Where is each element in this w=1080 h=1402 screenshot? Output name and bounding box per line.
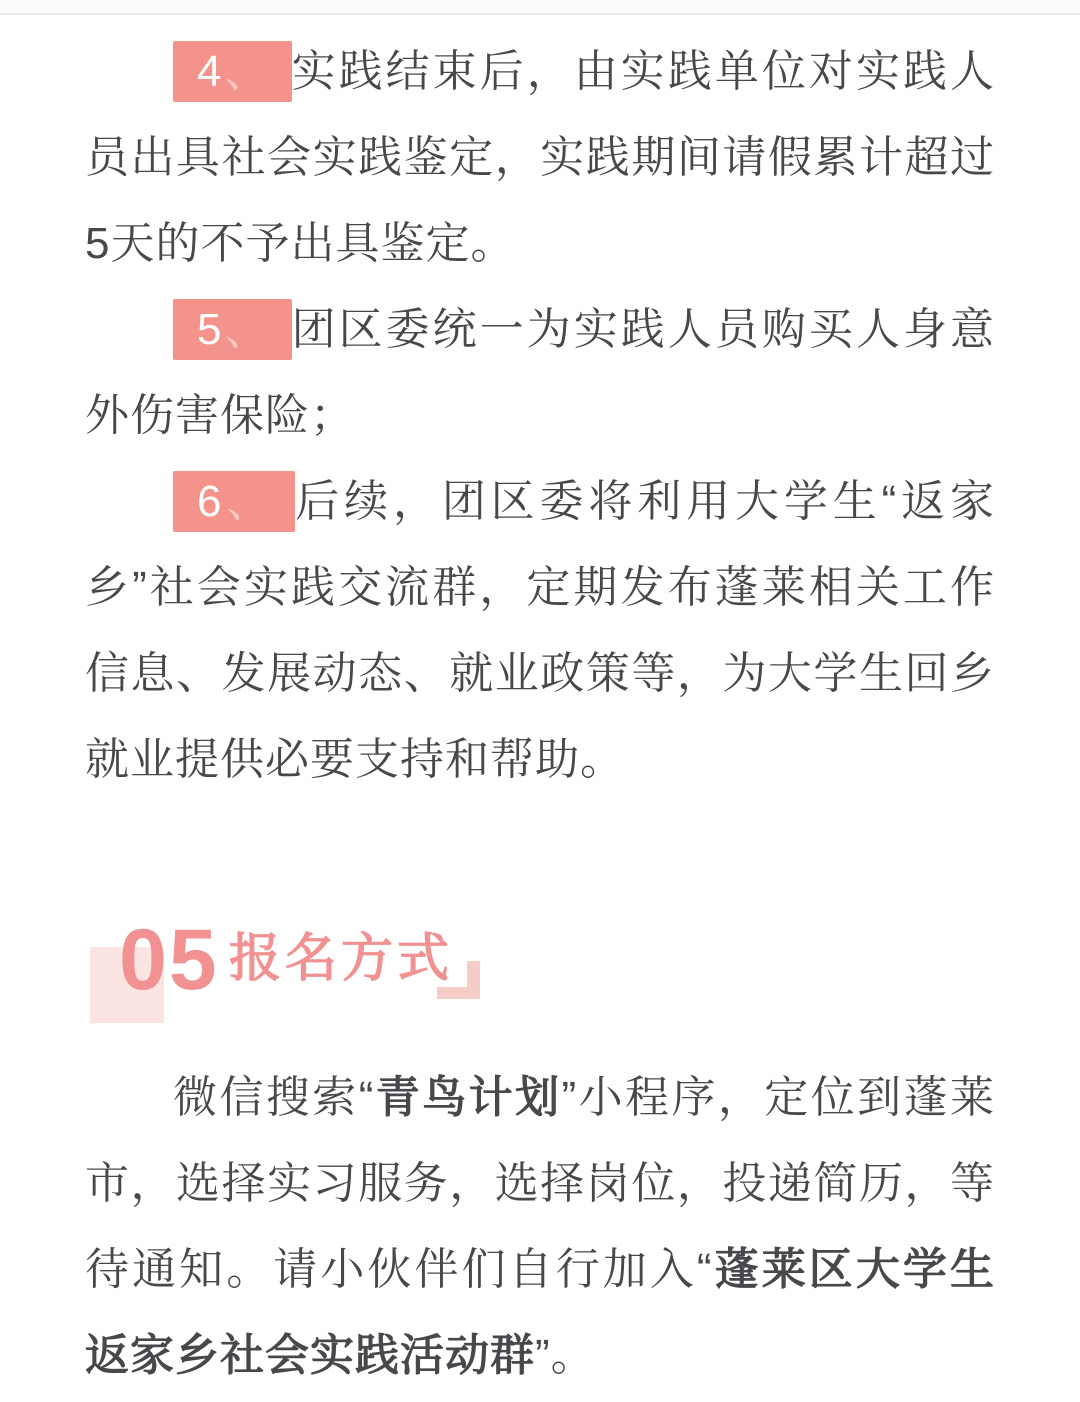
item-number: 6 bbox=[197, 477, 222, 526]
section-header-05: 05 报名方式 bbox=[85, 919, 1080, 1033]
closing-text-run: 微信搜索“ bbox=[173, 1073, 374, 1122]
item-number-punct: 、 bbox=[222, 305, 271, 354]
closing-text-bold-run: 青鸟计划 bbox=[374, 1073, 561, 1122]
list-item-4: 4、实践结束后，由实践单位对实践人员出具社会实践鉴定，实践期间请假累计超过5天的… bbox=[85, 29, 995, 287]
item-number-badge: 6、 bbox=[173, 471, 295, 532]
item-number: 4 bbox=[197, 47, 222, 96]
list-item-5: 5、团区委统一为实践人员购买人身意外伤害保险； bbox=[85, 287, 995, 459]
article: 4、实践结束后，由实践单位对实践人员出具社会实践鉴定，实践期间请假累计超过5天的… bbox=[0, 0, 1080, 1399]
section-title: 报名方式 bbox=[229, 931, 453, 988]
closing-text: 微信搜索“青鸟计划”小程序，定位到蓬莱市，选择实习服务，选择岗位，投递简历，等待… bbox=[85, 1055, 995, 1399]
corner-bracket-icon bbox=[437, 961, 480, 999]
top-divider bbox=[0, 0, 1080, 15]
item-number-badge: 4、 bbox=[173, 41, 292, 102]
item-number-punct: 、 bbox=[222, 47, 271, 96]
item-number: 5 bbox=[197, 305, 222, 354]
closing-paragraph: 微信搜索“青鸟计划”小程序，定位到蓬莱市，选择实习服务，选择岗位，投递简历，等待… bbox=[85, 1055, 995, 1399]
list-item-6: 6、后续，团区委将利用大学生“返家乡”社会实践交流群，定期发布蓬莱相关工作信息、… bbox=[85, 459, 995, 803]
numbered-list: 4、实践结束后，由实践单位对实践人员出具社会实践鉴定，实践期间请假累计超过5天的… bbox=[85, 29, 995, 803]
section-number: 05 bbox=[119, 913, 219, 1008]
item-number-punct: 、 bbox=[222, 477, 275, 526]
item-number-badge: 5、 bbox=[173, 299, 292, 360]
closing-text-run: ”。 bbox=[535, 1331, 596, 1380]
